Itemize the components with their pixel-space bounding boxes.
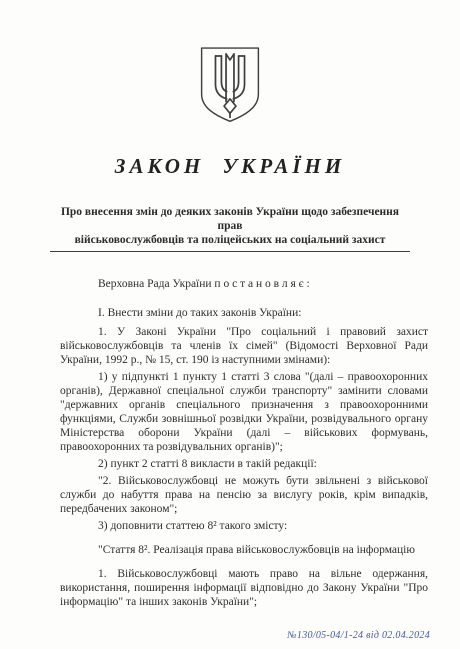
coat-of-arms-container xyxy=(0,0,460,129)
paragraph: 1. Військовослужбовці мають право на віл… xyxy=(60,567,428,609)
document-reference: №130/05-04/1-24 від 02.04.2024 xyxy=(287,630,430,641)
paragraph: "Стаття 8². Реалізація права військовосл… xyxy=(60,543,428,557)
paragraph: 1. У Законі України "Про соціальний і пр… xyxy=(60,325,428,367)
paragraph: I. Внести зміни до таких законів України… xyxy=(60,306,428,320)
preamble: Верховна Рада України п о с т а н о в л … xyxy=(60,277,428,291)
document-body: Верховна Рада України п о с т а н о в л … xyxy=(60,277,428,609)
law-subtitle-line-2: військовослужбовців та поліцейських на с… xyxy=(50,233,410,247)
ukraine-trident-icon xyxy=(197,46,263,124)
law-subtitle: Про внесення змін до деяких законів Укра… xyxy=(50,205,410,252)
law-subtitle-line-1: Про внесення змін до деяких законів Укра… xyxy=(50,205,410,233)
paragraph: "2. Військовослужбовці не можуть бути зв… xyxy=(60,474,428,516)
document-page: ЗАКОН УКРАЇНИ Про внесення змін до деяки… xyxy=(0,0,460,649)
paragraph: 2) пункт 2 статті 8 викласти в такій ред… xyxy=(60,457,428,471)
law-title: ЗАКОН УКРАЇНИ xyxy=(0,154,460,179)
paragraph: 3) доповнити статтею 8² такого змісту: xyxy=(60,519,428,533)
paragraph: 1) у підпункті 1 пункту 1 статті 3 слова… xyxy=(60,370,428,454)
